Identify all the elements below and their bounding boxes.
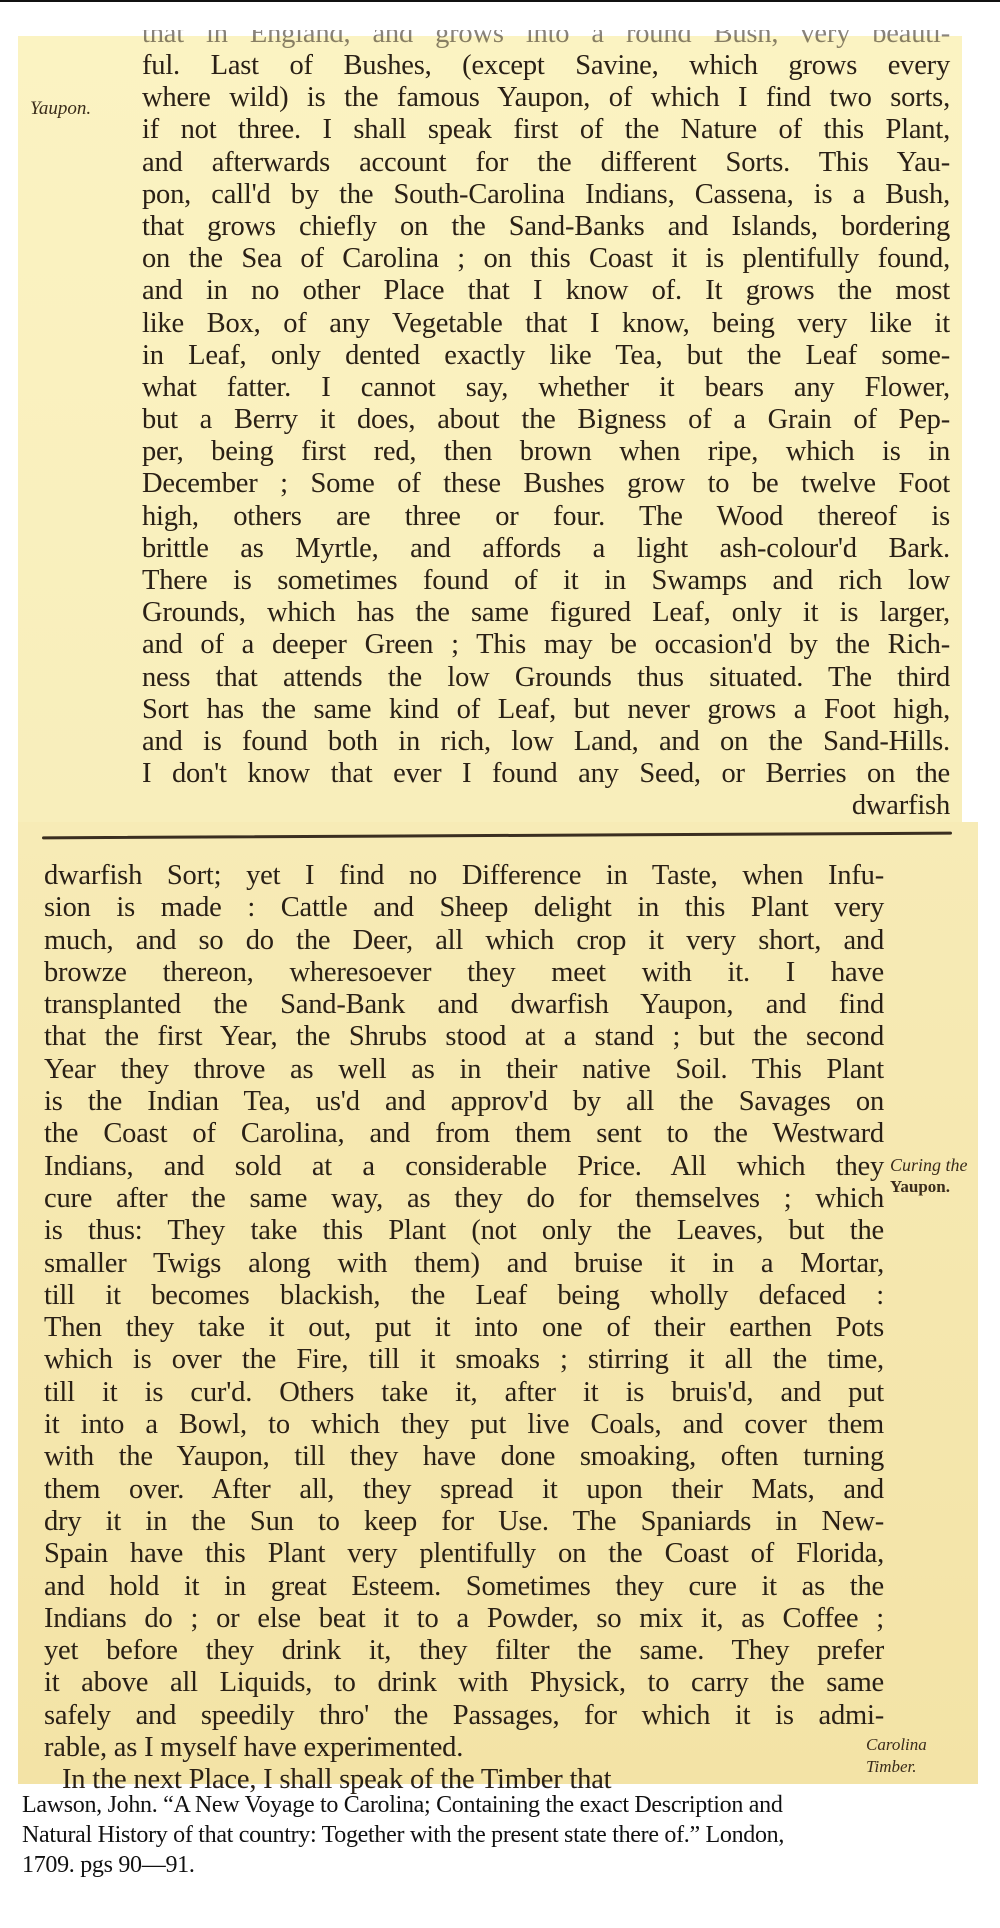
text-line: is thus: They take this Plant (not only … xyxy=(44,1215,884,1247)
catchword: dwarfish xyxy=(142,790,950,822)
text-line: with the Yaupon, till they have done smo… xyxy=(44,1441,884,1473)
text-line: dry it in the Sun to keep for Use. The S… xyxy=(44,1506,884,1538)
text-line: I don't know that ever I found any Seed,… xyxy=(142,758,950,790)
text-line: and afterwards account for the different… xyxy=(142,147,950,179)
text-line: yet before they drink it, they filter th… xyxy=(44,1635,884,1667)
text-line: is the Indian Tea, us'd and approv'd by … xyxy=(44,1086,884,1118)
text-line: safely and speedily thro' the Passages, … xyxy=(44,1700,884,1732)
text-line: sion is made : Cattle and Sheep delight … xyxy=(44,892,884,924)
text-line: and in no other Place that I know of. It… xyxy=(142,275,950,307)
text-line: brittle as Myrtle, and affords a light a… xyxy=(142,533,950,565)
book-page-91: Curing the Yaupon. Carolina Timber. dwar… xyxy=(18,822,978,1784)
text-line: Spain have this Plant very plentifully o… xyxy=(44,1538,884,1570)
text-line: browze thereon, wheresoever they meet wi… xyxy=(44,957,884,989)
margin-note-line: Curing the xyxy=(890,1155,968,1175)
text-line: it into a Bowl, to which they put live C… xyxy=(44,1409,884,1441)
text-line: December ; Some of these Bushes grow to … xyxy=(142,468,950,500)
text-line: like Box, of any Vegetable that I know, … xyxy=(142,308,950,340)
citation-line: Natural History of that country: Togethe… xyxy=(22,1820,982,1850)
text-line: per, being first red, then brown when ri… xyxy=(142,436,950,468)
text-line: till it becomes blackish, the Leaf being… xyxy=(44,1280,884,1312)
text-line: ness that attends the low Grounds thus s… xyxy=(142,662,950,694)
text-line: the Coast of Carolina, and from them sen… xyxy=(44,1118,884,1150)
text-line: till it is cur'd. Others take it, after … xyxy=(44,1377,884,1409)
citation-line: Lawson, John. “A New Voyage to Carolina;… xyxy=(22,1790,982,1820)
page-91-text: dwarfish Sort; yet I find no Difference … xyxy=(44,860,884,1797)
margin-note-line: Yaupon. xyxy=(890,1176,968,1198)
text-line: on the Sea of Carolina ; on this Coast i… xyxy=(142,243,950,275)
text-line: dwarfish Sort; yet I find no Difference … xyxy=(44,860,884,892)
text-line: high, others are three or four. The Wood… xyxy=(142,501,950,533)
text-line: them over. After all, they spread it upo… xyxy=(44,1474,884,1506)
text-line: Year they throve as well as in their nat… xyxy=(44,1054,884,1086)
book-page-90: Yaupon. that in England, and grows into … xyxy=(18,36,962,822)
text-line: pon, call'd by the South-Carolina Indian… xyxy=(142,179,950,211)
text-line: that grows chiefly on the Sand-Banks and… xyxy=(142,211,950,243)
text-line: and is found both in rich, low Land, and… xyxy=(142,726,950,758)
header-rule xyxy=(42,832,952,840)
text-line: cure after the same way, as they do for … xyxy=(44,1183,884,1215)
text-line: smaller Twigs along with them) and bruis… xyxy=(44,1248,884,1280)
text-line: that the first Year, the Shrubs stood at… xyxy=(44,1021,884,1053)
text-line: Indians do ; or else beat it to a Powder… xyxy=(44,1603,884,1635)
text-line: much, and so do the Deer, all which crop… xyxy=(44,925,884,957)
text-line: ful. Last of Bushes, (except Savine, whi… xyxy=(142,50,950,82)
text-line: There is sometimes found of it in Swamps… xyxy=(142,565,950,597)
partial-top-line: that in England, and grows into a round … xyxy=(142,30,950,50)
text-line: it above all Liquids, to drink with Phys… xyxy=(44,1667,884,1699)
citation-caption: Lawson, John. “A New Voyage to Carolina;… xyxy=(22,1790,982,1880)
text-line: Sort has the same kind of Leaf, but neve… xyxy=(142,694,950,726)
text-line: which is over the Fire, till it smoaks ;… xyxy=(44,1344,884,1376)
text-line: and hold it in great Esteem. Sometimes t… xyxy=(44,1571,884,1603)
text-line: but a Berry it does, about the Bigness o… xyxy=(142,404,950,436)
margin-note-curing-the-yaupon: Curing the Yaupon. xyxy=(890,1154,968,1198)
text-line: transplanted the Sand-Bank and dwarfish … xyxy=(44,989,884,1021)
citation-line: 1709. pgs 90—91. xyxy=(22,1850,982,1880)
text-line: in Leaf, only dented exactly like Tea, b… xyxy=(142,340,950,372)
text-line: and of a deeper Green ; This may be occa… xyxy=(142,629,950,661)
text-line: where wild) is the famous Yaupon, of whi… xyxy=(142,82,950,114)
margin-note-yaupon: Yaupon. xyxy=(30,98,91,120)
text-line: what fatter. I cannot say, whether it be… xyxy=(142,372,950,404)
text-line: Indians, and sold at a considerable Pric… xyxy=(44,1151,884,1183)
text-line: rable, as I myself have experimented. xyxy=(44,1732,884,1764)
text-line: if not three. I shall speak first of the… xyxy=(142,114,950,146)
top-border-line xyxy=(0,0,1000,2)
text-line: Then they take it out, put it into one o… xyxy=(44,1312,884,1344)
text-line: Grounds, which has the same figured Leaf… xyxy=(142,597,950,629)
page-90-text: that in England, and grows into a round … xyxy=(142,30,950,823)
